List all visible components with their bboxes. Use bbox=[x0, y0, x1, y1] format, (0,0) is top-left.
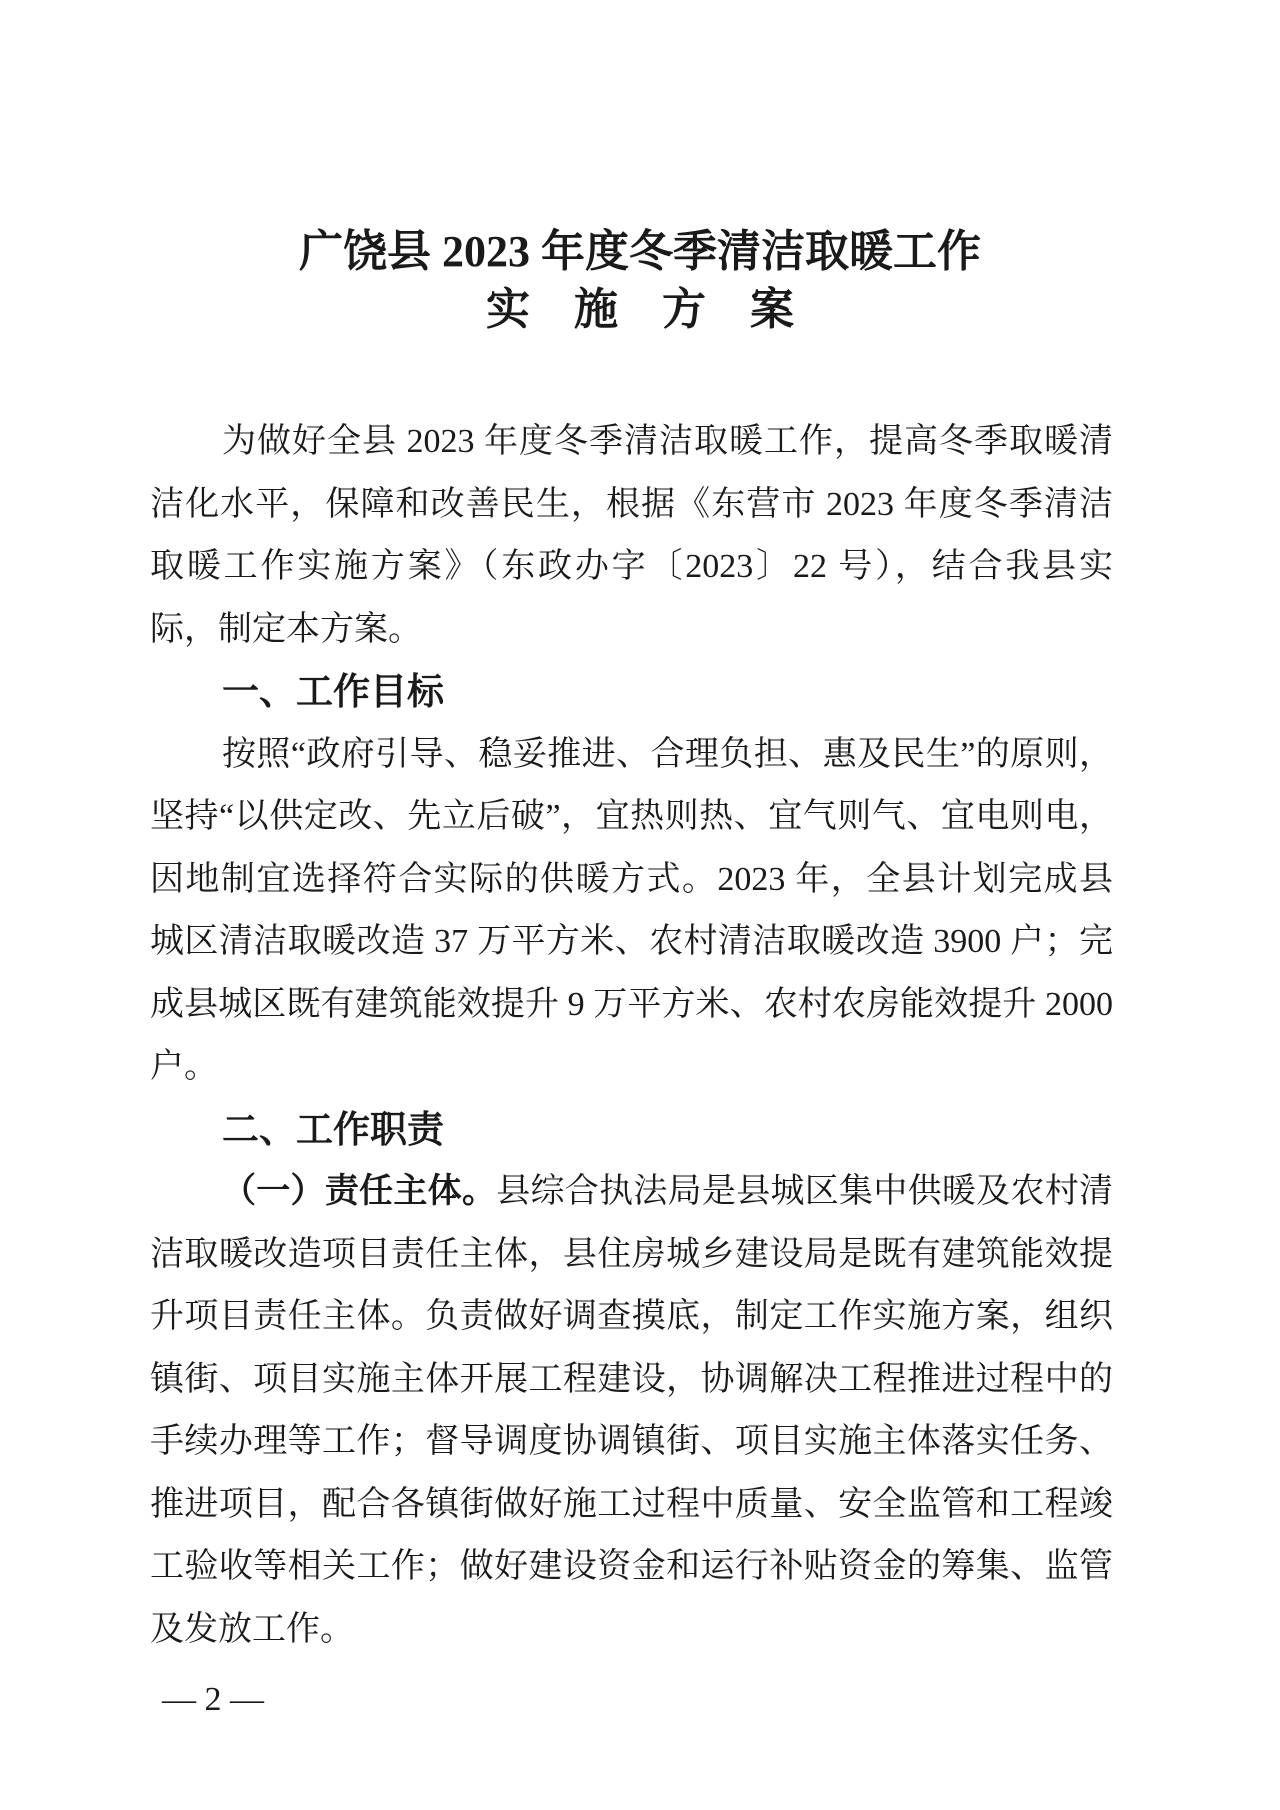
document-title-line2: 实 施 方 案 bbox=[0, 280, 1280, 340]
text-line: 及发放工作。 bbox=[150, 1598, 1113, 1661]
text-line: 洁取暖改造项目责任主体，县住房城乡建设局是既有建筑能效提 bbox=[150, 1223, 1113, 1286]
text-line: 镇街、项目实施主体开展工程建设，协调解决工程推进过程中的 bbox=[150, 1348, 1113, 1411]
text-line: 城区清洁取暖改造 37 万平方米、农村清洁取暖改造 3900 户；完 bbox=[150, 910, 1113, 973]
text-line: 因地制宜选择符合实际的供暖方式。2023 年，全县计划完成县 bbox=[150, 848, 1113, 911]
text-line: 坚持“以供定改、先立后破”，宜热则热、宜气则气、宜电则电， bbox=[150, 785, 1113, 848]
text-line: 户。 bbox=[150, 1035, 1113, 1098]
text-line: 手续办理等工作；督导调度协调镇街、项目实施主体落实任务、 bbox=[150, 1410, 1113, 1473]
text-line: 升项目责任主体。负责做好调查摸底，制定工作实施方案，组织 bbox=[150, 1285, 1113, 1348]
section-heading: 二、工作职责 bbox=[150, 1098, 1113, 1161]
text-line: 洁化水平，保障和改善民生，根据《东营市 2023 年度冬季清洁 bbox=[150, 473, 1113, 536]
text-line: 成县城区既有建筑能效提升 9 万平方米、农村农房能效提升 2000 bbox=[150, 973, 1113, 1036]
text-line: （一）责任主体。县综合执法局是县城区集中供暖及农村清 bbox=[150, 1160, 1113, 1223]
document-title-line1: 广饶县 2023 年度冬季清洁取暖工作 bbox=[0, 222, 1280, 282]
text-line: 为做好全县 2023 年度冬季清洁取暖工作，提高冬季取暖清 bbox=[150, 410, 1113, 473]
document-page: 广饶县 2023 年度冬季清洁取暖工作 实 施 方 案 为做好全县 2023 年… bbox=[0, 0, 1280, 1810]
text-line: 际，制定本方案。 bbox=[150, 598, 1113, 661]
section-heading: 一、工作目标 bbox=[150, 660, 1113, 723]
text-line: 取暖工作实施方案》（东政办字〔2023〕22 号），结合我县实 bbox=[150, 535, 1113, 598]
text-line: 推进项目，配合各镇街做好施工过程中质量、安全监管和工程竣 bbox=[150, 1473, 1113, 1536]
text-line: 按照“政府引导、稳妥推进、合理负担、惠及民生”的原则， bbox=[150, 723, 1113, 786]
paragraph-lead: （一）责任主体。 bbox=[222, 1173, 496, 1210]
text-line: 工验收等相关工作；做好建设资金和运行补贴资金的筹集、监管 bbox=[150, 1535, 1113, 1598]
page-number: — 2 — bbox=[162, 1680, 264, 1720]
